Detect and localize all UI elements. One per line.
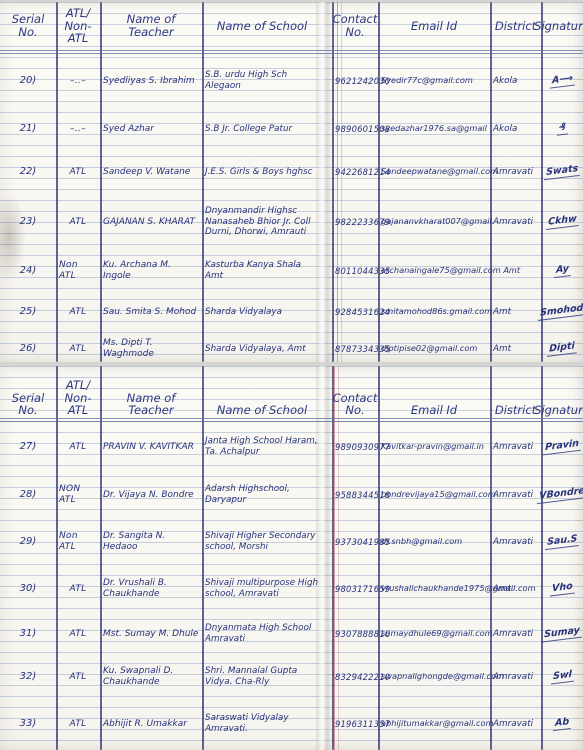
register-row: 29) Non ATL Dr. Sangita N. Hedaoo Shivaj… <box>0 518 583 566</box>
register-row: 27) ATL PRAVIN V. KAVITKAR Janta High Sc… <box>0 422 583 472</box>
atl-category-cell: ATL <box>56 656 100 698</box>
district-cell: Amravati <box>490 612 541 656</box>
contact-no-cell: 9307888816 <box>332 612 378 656</box>
signature-scribble: Sumay <box>542 625 582 643</box>
contact-no-cell: 9373041985 <box>332 518 378 566</box>
seam-gap-cell <box>322 150 332 194</box>
serial-no-cell: 33) <box>0 698 56 750</box>
seam-gap-cell <box>322 54 332 108</box>
header-atl-non-atl: ATL/ Non- ATL <box>56 378 100 418</box>
signature-cell: Vho <box>541 566 583 612</box>
atl-category-cell: ATL <box>56 292 100 332</box>
teacher-name-cell: Syedliyas S. Ibrahim <box>100 54 202 108</box>
register-header-row: Serial No. ATL/ Non- ATL Name of Teacher… <box>0 366 583 422</box>
email-id-cell: sumaydhule69@gmail.com <box>378 612 490 656</box>
header-serial-no: Serial No. <box>0 2 56 50</box>
serial-no-cell: 27) <box>0 422 56 472</box>
signature-scribble: Ay <box>554 263 571 279</box>
school-name-cell: J.E.S. Girls & Boys hghsc <box>202 150 322 194</box>
register-row: 23) ATL GAJANAN S. KHARAT Dnyanmandir Hi… <box>0 194 583 250</box>
signature-cell: Ckhw <box>541 194 583 250</box>
district-cell: Akola <box>490 54 541 108</box>
atl-category-cell: ATL <box>56 332 100 362</box>
school-name-cell: Janta High School Haram, Ta. Achalpur <box>202 422 322 472</box>
header-teacher-name: Name of Teacher <box>100 2 202 50</box>
signature-cell: Sau.S <box>541 518 583 566</box>
contact-no-cell: 9588344518 <box>332 472 378 518</box>
register-page-2: Serial No. ATL/ Non- ATL Name of Teacher… <box>0 366 583 750</box>
signature-scribble: Vho <box>550 581 575 598</box>
serial-no-cell: 26) <box>0 332 56 362</box>
contact-no-cell: 9196311357 <box>332 698 378 750</box>
register-row: 33) ATL Abhijit R. Umakkar Saraswati Vid… <box>0 698 583 750</box>
serial-no-cell: 31) <box>0 612 56 656</box>
signature-cell: Dipti <box>541 332 583 362</box>
teacher-name-cell: Abhijit R. Umakkar <box>100 698 202 750</box>
email-id-cell: vrushalichaukhande1975@gmail.com <box>378 566 490 612</box>
register-row: 28) NON ATL Dr. Vijaya N. Bondre Adarsh … <box>0 472 583 518</box>
contact-no-cell: 9284531624 <box>332 292 378 332</box>
serial-no-cell: 23) <box>0 194 56 250</box>
teacher-name-cell: Dr. Sangita N. Hedaoo <box>100 518 202 566</box>
contact-no-cell: 8329422210 <box>332 656 378 698</box>
seam-gap-cell <box>322 422 332 472</box>
serial-no-cell: 22) <box>0 150 56 194</box>
header-school-name: Name of School <box>202 403 322 418</box>
district-cell: Amravati <box>490 472 541 518</box>
email-id-cell: Syedir77c@gmail.com <box>378 54 490 108</box>
school-name-cell: Adarsh Highschool, Daryapur <box>202 472 322 518</box>
school-name-cell: Sharda Vidyalaya <box>202 292 322 332</box>
teacher-name-cell: Sau. Smita S. Mohod <box>100 292 202 332</box>
school-name-cell: Kasturba Kanya Shala Amt <box>202 250 322 292</box>
serial-no-cell: 32) <box>0 656 56 698</box>
school-name-cell: Dnyanmata High School Amravati <box>202 612 322 656</box>
school-name-cell: S.B. urdu High Sch Alegaon <box>202 54 322 108</box>
district-cell: Amravati <box>490 698 541 750</box>
signature-scribble: Swl <box>551 669 574 685</box>
teacher-name-cell: Sandeep V. Watane <box>100 150 202 194</box>
seam-gap-cell <box>322 292 332 332</box>
seam-gap-cell <box>322 472 332 518</box>
signature-cell: VBondre <box>541 472 583 518</box>
school-name-cell: Sharda Vidyalaya, Amt <box>202 332 322 362</box>
teacher-name-cell: Ku. Archana M. Ingole <box>100 250 202 292</box>
atl-category-cell: ATL <box>56 566 100 612</box>
signature-cell: Swl <box>541 656 583 698</box>
register-rows-page-1: 20) –‥– Syedliyas S. Ibrahim S.B. urdu H… <box>0 54 583 362</box>
district-cell: Amravati <box>490 194 541 250</box>
email-id-cell: syedazhar1976.sa@gmail <box>378 108 490 150</box>
signature-scribble: Pravin <box>543 438 581 456</box>
school-name-cell: Shri. Mannalal Gupta Vidya. Cha-Rly <box>202 656 322 698</box>
atl-category-cell: –‥– <box>56 54 100 108</box>
district-cell: Amravati <box>490 422 541 472</box>
district-cell: Amt <box>490 332 541 362</box>
header-contact-no: Contact No. <box>332 2 378 50</box>
signature-scribble: Swats <box>544 163 580 181</box>
seam-gap-cell <box>322 698 332 750</box>
email-id-cell: dr.snbh@gmail.com <box>378 518 490 566</box>
atl-category-cell: –‥– <box>56 108 100 150</box>
register-row: 30) ATL Dr. Vrushali B. Chaukhande Shiva… <box>0 566 583 612</box>
signature-scribble: A⟶ <box>549 73 574 90</box>
teacher-name-cell: PRAVIN V. KAVITKAR <box>100 422 202 472</box>
school-name-cell: Dnyanmandir Highsc Nanasaheb Bhior Jr. C… <box>202 194 322 250</box>
email-id-cell: abhijitumakkar@gmail.com <box>378 698 490 750</box>
header-seam-gap <box>322 2 332 50</box>
district-cell: Amravati <box>490 518 541 566</box>
contact-no-cell: 9822233679 <box>332 194 378 250</box>
seam-gap-cell <box>322 656 332 698</box>
atl-category-cell: ATL <box>56 194 100 250</box>
email-id-cell: bondrevijaya15@gmail.com <box>378 472 490 518</box>
seam-gap-cell <box>322 108 332 150</box>
teacher-name-cell: Ms. Dipti T. Waghmode <box>100 332 202 362</box>
register-row: 20) –‥– Syedliyas S. Ibrahim S.B. urdu H… <box>0 54 583 108</box>
signature-scribble: VBondre <box>537 485 583 505</box>
atl-category-cell: ATL <box>56 698 100 750</box>
email-id-cell: swapnalighongde@gmail.com <box>378 656 490 698</box>
teacher-name-cell: Dr. Vijaya N. Bondre <box>100 472 202 518</box>
atl-category-cell: Non ATL <box>56 250 100 292</box>
register-row: 26) ATL Ms. Dipti T. Waghmode Sharda Vid… <box>0 332 583 362</box>
school-name-cell: Shivaji multipurpose High school, Amrava… <box>202 566 322 612</box>
district-cell <box>490 250 541 292</box>
signature-cell: A⟶ <box>541 54 583 108</box>
district-cell: Amravati <box>490 656 541 698</box>
header-signature: Signature <box>541 403 583 418</box>
email-id-cell: archanaingale75@gmail.com Amt <box>378 250 490 292</box>
teacher-name-cell: Mst. Sumay M. Dhule <box>100 612 202 656</box>
register-row: 31) ATL Mst. Sumay M. Dhule Dnyanmata Hi… <box>0 612 583 656</box>
seam-gap-cell <box>322 332 332 362</box>
signature-scribble: Ab <box>553 716 571 732</box>
contact-no-cell: 9621242030 <box>332 54 378 108</box>
serial-no-cell: 21) <box>0 108 56 150</box>
atl-category-cell: Non ATL <box>56 518 100 566</box>
register-row: 32) ATL Ku. Swapnali D. Chaukhande Shri.… <box>0 656 583 698</box>
email-id-cell: Sandeepwatane@gmail.com <box>378 150 490 194</box>
teacher-name-cell: Syed Azhar <box>100 108 202 150</box>
atl-category-cell: ATL <box>56 612 100 656</box>
district-cell: Amt <box>490 292 541 332</box>
seam-gap-cell <box>322 566 332 612</box>
email-id-cell: Kavitkar-pravin@gmail.in <box>378 422 490 472</box>
district-cell: Amravati <box>490 150 541 194</box>
signature-scribble: Smohod <box>538 302 583 321</box>
atl-category-cell: NON ATL <box>56 472 100 518</box>
serial-no-cell: 28) <box>0 472 56 518</box>
serial-no-cell: 29) <box>0 518 56 566</box>
school-name-cell: Saraswati Vidyalay Amravati. <box>202 698 322 750</box>
header-email-id: Email Id <box>378 2 490 50</box>
seam-gap-cell <box>322 194 332 250</box>
serial-no-cell: 24) <box>0 250 56 292</box>
email-id-cell: diptipise02@gmail.com <box>378 332 490 362</box>
serial-no-cell: 20) <box>0 54 56 108</box>
email-id-cell: gajananvkharat007@gmail. <box>378 194 490 250</box>
header-signature: Signature <box>541 2 583 50</box>
signature-scribble: ₰ <box>557 122 568 137</box>
district-cell: Amt. <box>490 566 541 612</box>
signature-scribble: Ckhw <box>546 213 579 231</box>
signature-cell: ₰ <box>541 108 583 150</box>
contact-no-cell: 8787334335 <box>332 332 378 362</box>
teacher-name-cell: Ku. Swapnali D. Chaukhande <box>100 656 202 698</box>
seam-gap-cell <box>322 250 332 292</box>
serial-no-cell: 30) <box>0 566 56 612</box>
signature-cell: Smohod <box>541 292 583 332</box>
seam-gap-cell <box>322 612 332 656</box>
header-seam-gap <box>322 416 332 418</box>
register-row: 25) ATL Sau. Smita S. Mohod Sharda Vidya… <box>0 292 583 332</box>
contact-no-cell: 8011044335 <box>332 250 378 292</box>
seam-gap-cell <box>322 518 332 566</box>
atl-category-cell: ATL <box>56 150 100 194</box>
signature-cell: Ab <box>541 698 583 750</box>
email-id-cell: smitamohod86s.gmail.com <box>378 292 490 332</box>
school-name-cell: Shivaji Higher Secondary school, Morshi <box>202 518 322 566</box>
signature-scribble: Dipti <box>547 340 577 357</box>
signature-cell: Sumay <box>541 612 583 656</box>
register-row: 24) Non ATL Ku. Archana M. Ingole Kastur… <box>0 250 583 292</box>
register-rows-page-2: 27) ATL PRAVIN V. KAVITKAR Janta High Sc… <box>0 422 583 750</box>
header-email-id: Email Id <box>378 403 490 418</box>
signature-cell: Swats <box>541 150 583 194</box>
register-row: 21) –‥– Syed Azhar S.B Jr. College Patur… <box>0 108 583 150</box>
contact-no-cell: 9890601508 <box>332 108 378 150</box>
atl-category-cell: ATL <box>56 422 100 472</box>
register-row: 22) ATL Sandeep V. Watane J.E.S. Girls &… <box>0 150 583 194</box>
header-school-name: Name of School <box>202 2 322 50</box>
teacher-name-cell: Dr. Vrushali B. Chaukhande <box>100 566 202 612</box>
header-contact-no: Contact No. <box>332 391 378 418</box>
header-teacher-name: Name of Teacher <box>100 391 202 418</box>
register-header-row: Serial No. ATL/ Non- ATL Name of Teacher… <box>0 2 583 54</box>
header-serial-no: Serial No. <box>0 391 56 418</box>
teacher-name-cell: GAJANAN S. KHARAT <box>100 194 202 250</box>
serial-no-cell: 25) <box>0 292 56 332</box>
contact-no-cell: 9890930977 <box>332 422 378 472</box>
signature-scribble: Sau.S <box>545 533 579 551</box>
signature-cell: Pravin <box>541 422 583 472</box>
register-page-1: Serial No. ATL/ Non- ATL Name of Teacher… <box>0 2 583 362</box>
contact-no-cell: 9803171659 <box>332 566 378 612</box>
header-atl-non-atl: ATL/ Non- ATL <box>56 2 100 50</box>
signature-cell: Ay <box>541 250 583 292</box>
district-cell: Akola <box>490 108 541 150</box>
school-name-cell: S.B Jr. College Patur <box>202 108 322 150</box>
contact-no-cell: 9422681214 <box>332 150 378 194</box>
